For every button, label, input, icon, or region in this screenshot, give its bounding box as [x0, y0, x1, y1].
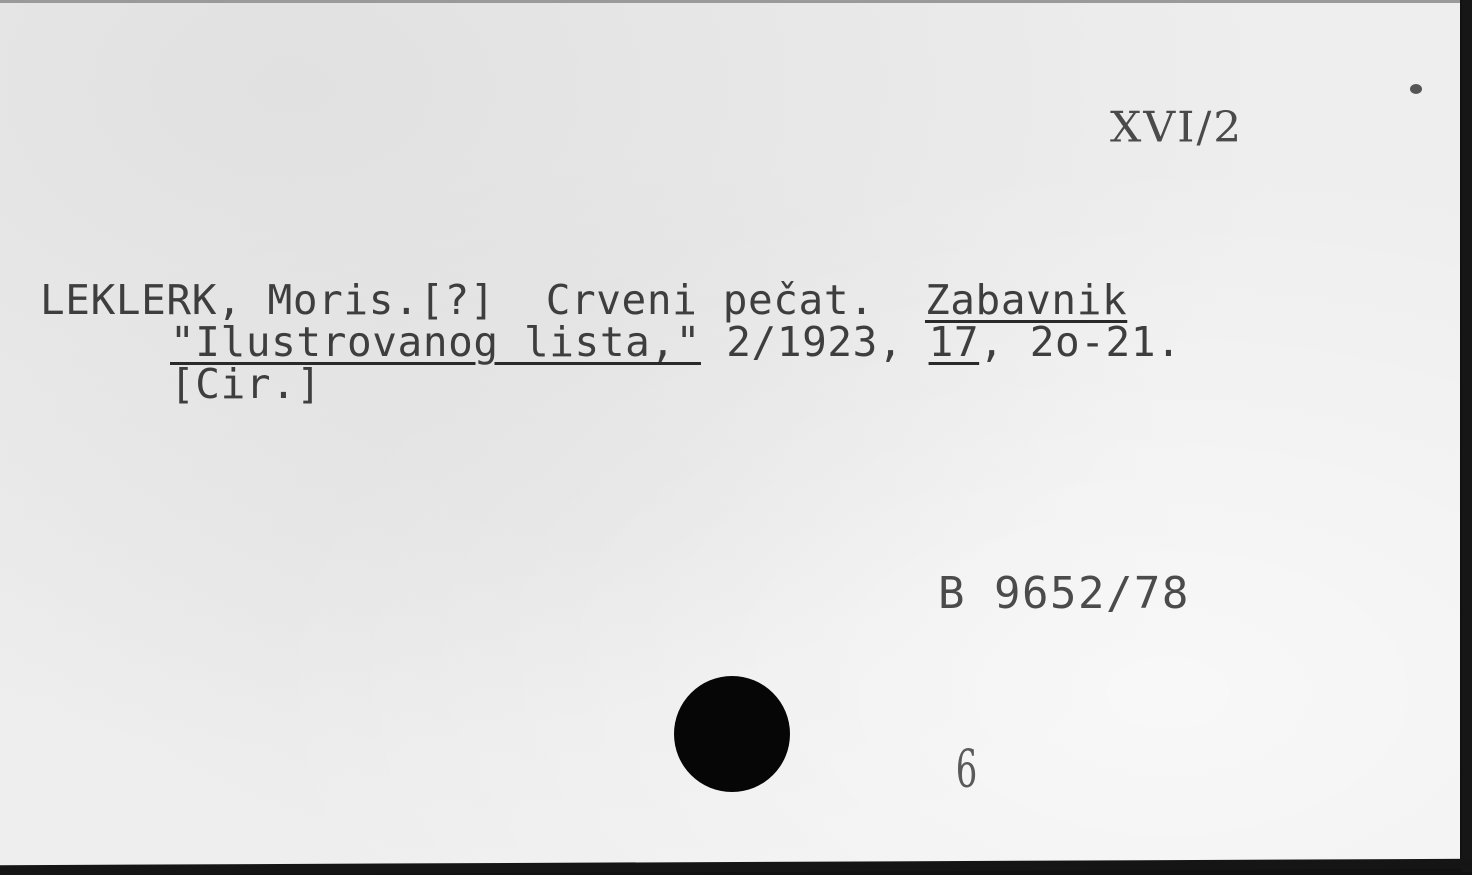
page-range: , 2o-21. — [979, 318, 1181, 366]
handwritten-mark: 6 — [956, 740, 978, 800]
script-note: [Cir.] — [170, 360, 322, 408]
card-right-edge-shadow — [1462, 0, 1472, 872]
work-title: Crveni pečat. — [546, 276, 875, 324]
volume-number: 17 — [929, 318, 980, 366]
accession-number: B 9652/78 — [938, 568, 1190, 619]
source-title-part2: "Ilustrovanog lista," — [170, 318, 701, 366]
entry-line-author-title: LEKLERK, Moris.[?] Crveni pečat. Zabavni… — [40, 276, 1127, 324]
catalog-card: XVI/2 LEKLERK, Moris.[?] Crveni pečat. Z… — [0, 0, 1460, 866]
source-title-part1: Zabavnik — [925, 276, 1127, 324]
call-number: XVI/2 — [1110, 103, 1243, 151]
punch-hole — [674, 676, 790, 792]
ink-speck — [1410, 84, 1422, 94]
issue-year: 2/1923, — [726, 318, 903, 366]
entry-line-source: "Ilustrovanog lista," 2/1923, 17, 2o-21. — [170, 318, 1181, 366]
author-uncertainty-note: [?] — [419, 276, 495, 324]
entry-line-script-note: [Cir.] — [170, 360, 322, 408]
author-name: LEKLERK, Moris. — [40, 276, 419, 324]
